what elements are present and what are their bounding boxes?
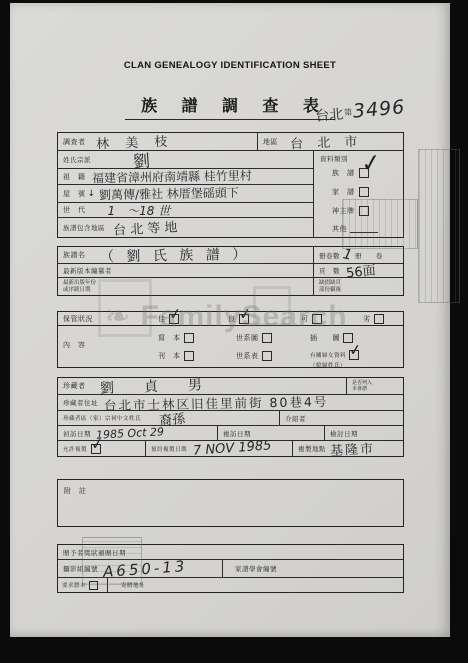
area-value: 台 北 市 — [290, 131, 363, 153]
category-option: 族 譜 — [332, 168, 399, 178]
notes-label: 附 註 — [64, 486, 87, 496]
checkbox — [359, 187, 369, 197]
coverage-label: 族譜包含地區 — [63, 223, 105, 232]
volumes-label: 冊卷數 — [319, 251, 340, 260]
coverage-value: 台 北 等 地 — [113, 216, 178, 238]
review-label: 檢討日期 — [330, 429, 358, 438]
copy-permit-row: 允許複製 預約複製日期 7 NOV 1985 複製地點 基隆市 — [58, 441, 403, 456]
generations-value: 1 ～18 世 — [108, 202, 171, 219]
pages-label: 頁 數 — [319, 266, 340, 275]
page-no-prefix: 第 — [344, 108, 353, 118]
library-stamp — [342, 199, 418, 249]
book-name-value: （ 劉 氏 族 譜 ） — [99, 244, 250, 267]
book-name-label: 族譜名 — [63, 250, 86, 260]
permit-label: 允許複製 — [63, 445, 87, 453]
page-no: 3496 — [352, 96, 406, 122]
surname-row: 姓氏宗派 劉 — [58, 151, 313, 169]
checkbox — [262, 351, 272, 361]
damage-label: 缺損缺頁部份攝複 — [319, 280, 341, 294]
sheet-title-zh: 族 譜 調 查 表 — [125, 93, 335, 120]
ancestral-label: 祖 籍 — [63, 172, 86, 182]
notes-box: 附 註 — [57, 479, 404, 527]
house-row: 屋 號 ↓ 劉萬傳/雅社 林厝堡磘頭下 — [58, 185, 313, 203]
compiler-row: 最新版本編纂者 頁 數 56面 — [58, 264, 403, 278]
ancestral-row: 祖 籍 福建省漳州府南靖縣 桂竹里村 — [58, 169, 313, 185]
checkbox — [91, 444, 101, 454]
surveyor-label: 調查者 — [63, 137, 86, 147]
checkbox — [184, 351, 194, 361]
checkbox — [374, 314, 384, 324]
house-value: 劉萬傳/雅社 林厝堡磘頭下 — [99, 184, 239, 203]
owner-label: 珍藏者 — [63, 381, 86, 391]
visit1-label: 初訪日期 — [63, 429, 91, 438]
pubyear-label: 最新出版年份或序跋日期 — [63, 280, 96, 294]
coverage-row: 族譜包含地區 台 北 等 地 — [58, 218, 313, 237]
generations-row: 世 代 1 ～18 世 — [58, 203, 313, 218]
page-region: 台北 — [315, 107, 344, 125]
volumes-suffix: 冊 卷 — [355, 251, 383, 260]
checkbox — [239, 314, 249, 324]
copydate-label: 預約複製日期 — [151, 445, 187, 453]
condition-label: 保管狀況 — [63, 314, 93, 324]
category-option: 家 譜 — [332, 187, 399, 197]
logo-square-watermark — [98, 279, 152, 337]
handwritten-arrow: ↓ — [88, 189, 96, 199]
logo-square-watermark — [253, 286, 291, 326]
area-label: 地區 — [263, 137, 278, 147]
contents-label: 內 容 — [63, 340, 86, 350]
checkbox — [169, 314, 179, 324]
checkbox — [312, 314, 322, 324]
checkbox — [359, 168, 369, 178]
house-label: 屋 號 — [63, 189, 86, 199]
library-stamp — [418, 149, 460, 303]
copyplace-value: 基隆市 — [330, 438, 376, 459]
surname-label: 姓氏宗派 — [63, 155, 91, 164]
listed-label: 是否列入本會譜 — [352, 380, 372, 393]
contents-note: （媳婦姓氏） — [310, 361, 359, 369]
owner-row: 珍藏者 劉 貞 男 是否列入本會譜 — [58, 378, 403, 395]
shrine-label: 珍藏者區（家）宗祠中文姓氏 — [63, 414, 141, 422]
library-stamp — [82, 537, 142, 585]
shrine-row: 珍藏者區（家）宗祠中文姓氏 裔孫 介紹者 — [58, 411, 403, 426]
sheet-title-en: CLAN GENEALOGY IDENTIFICATION SHEET — [10, 60, 450, 71]
visit2-label: 複訪日期 — [223, 429, 251, 438]
compiler-label: 最新版本編纂者 — [63, 266, 112, 275]
copydate-value: 7 NOV 1985 — [193, 438, 272, 458]
checkbox — [262, 333, 272, 343]
surveyor-row: 調查者 林 美 枝 地區 台 北 市 — [58, 133, 403, 151]
document-page: ❧ FamilySearch CLAN GENEALOGY IDENTIFICA… — [10, 3, 450, 637]
generations-label: 世 代 — [63, 205, 86, 215]
owner-table: 珍藏者 劉 貞 男 是否列入本會譜 珍藏者住址 台北市士林区旧佳里前街 80巷4… — [57, 377, 404, 457]
visit1-value: 1985 Oct 29 — [96, 425, 165, 442]
checkbox — [349, 350, 359, 360]
introducer-label: 介紹者 — [285, 414, 306, 423]
society-label: 家譜學會編號 — [235, 564, 277, 573]
copyplace-label: 複製地點 — [298, 444, 326, 453]
owner-address-label: 珍藏者住址 — [63, 398, 98, 407]
owner-address-row: 珍藏者住址 台北市士林区旧佳里前街 80巷4号 — [58, 395, 403, 411]
checkbox — [184, 333, 194, 343]
